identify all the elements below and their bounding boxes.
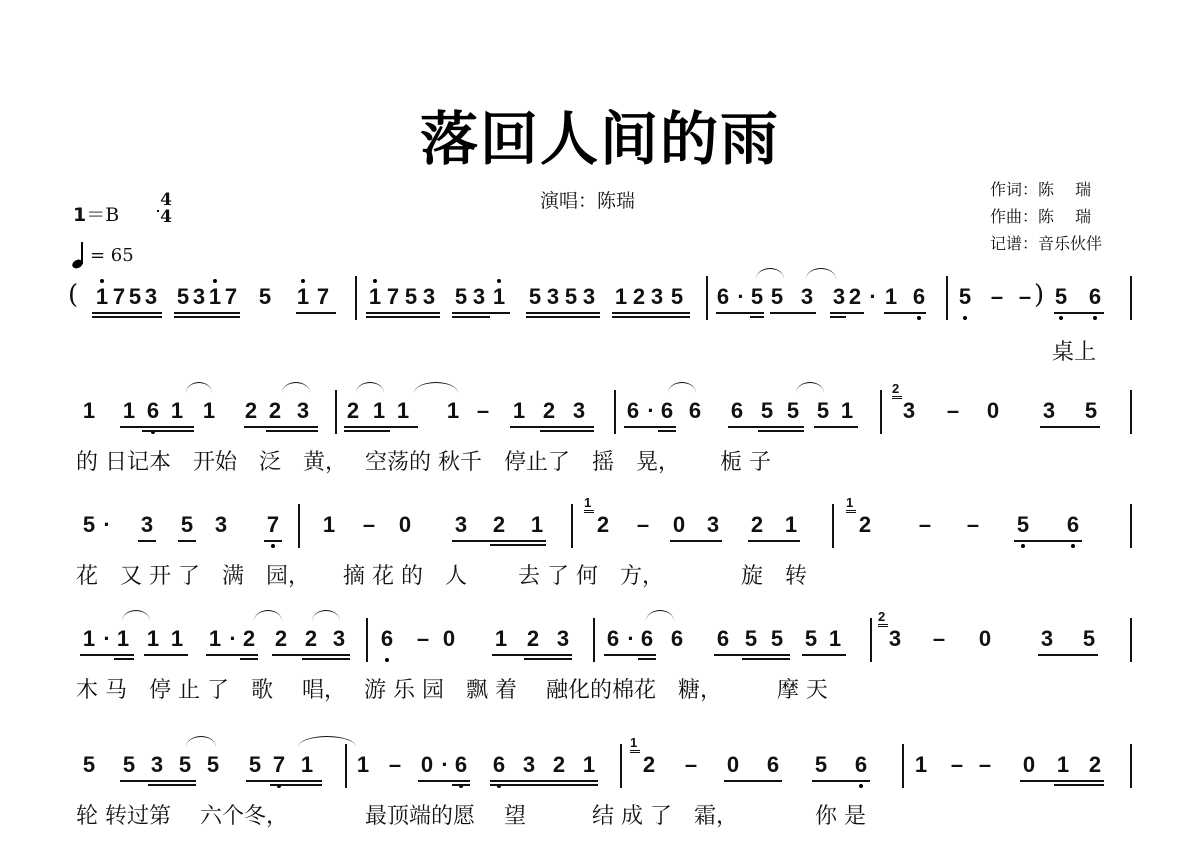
beam-underline (724, 780, 782, 782)
note: 2 (268, 398, 282, 424)
beam-underline (452, 784, 470, 786)
barline (571, 504, 573, 548)
grace-note-number: 2 (878, 610, 888, 623)
beam-underline (142, 430, 194, 432)
note: 3 (1040, 626, 1054, 652)
note: 5 (670, 284, 684, 310)
slur-tie (122, 610, 150, 621)
grace-note: 1 (584, 496, 594, 513)
octave-down-dot (271, 544, 275, 548)
note: 3 (332, 626, 346, 652)
beam-underline (812, 780, 870, 782)
note: 2 (642, 752, 656, 778)
note: 3 (150, 752, 164, 778)
note: 0 (726, 752, 740, 778)
note: 5 (804, 626, 818, 652)
note: 5 (180, 512, 194, 538)
note: 1 (914, 752, 928, 778)
note: 1 (208, 284, 222, 310)
sustain-dash: – (388, 752, 402, 778)
slur-tie (186, 382, 212, 393)
barline (902, 744, 904, 788)
beam-underline (638, 658, 656, 660)
note: 5 (786, 398, 800, 424)
note: 1 (492, 284, 506, 310)
slur-tie (806, 268, 836, 279)
note: 1 (614, 284, 628, 310)
grace-note: 2 (892, 382, 902, 399)
note: 3 (572, 398, 586, 424)
note: 1 (884, 284, 898, 310)
lyric-line: 木 马 停 止 了 歌 唱， 游 乐 园 飘 着 融化的棉花 糖， 摩 天 (76, 678, 828, 704)
note: 5 (178, 752, 192, 778)
augmentation-dot: · (100, 626, 114, 652)
barline (335, 390, 337, 434)
augmentation-dot: · (624, 626, 638, 652)
beam-underline (302, 658, 350, 660)
beam-underline (524, 658, 572, 660)
augmentation-dot: · (734, 284, 748, 310)
note: 3 (706, 512, 720, 538)
note: 2 (526, 626, 540, 652)
note: 1 (494, 626, 508, 652)
barline (298, 504, 300, 548)
augmentation-dot: · (100, 512, 114, 538)
lyric-line: 轮 转过第 六个冬， 最顶端的愿 望 结 成 了 霜， 你 是 (76, 804, 866, 830)
note: 1 (372, 398, 386, 424)
note: 0 (420, 752, 434, 778)
barline (880, 390, 882, 434)
barline (620, 744, 622, 788)
beam-underline (884, 312, 926, 314)
grace-beam (878, 626, 888, 627)
key-signature: 1＝B (73, 200, 119, 227)
page-title: 落回人间的雨 (0, 92, 1200, 176)
note: 5 (760, 398, 774, 424)
grace-beam (846, 510, 856, 511)
beam-underline (1014, 540, 1082, 542)
octave-up-dot (100, 279, 104, 283)
beam-underline (246, 780, 322, 782)
slur-tie (646, 610, 674, 621)
note: 5 (816, 398, 830, 424)
barline (1130, 390, 1132, 434)
note: 6 (716, 626, 730, 652)
note: 1 (1056, 752, 1070, 778)
slur-tie (254, 610, 282, 621)
note: 3 (582, 284, 596, 310)
note: 2 (858, 512, 872, 538)
beam-underline (612, 312, 690, 314)
note: 3 (140, 512, 154, 538)
lyricist-credit: 作词：陈 瑞 (990, 176, 1102, 203)
note: 6 (1066, 512, 1080, 538)
grace-beam (630, 752, 640, 753)
beam-underline (814, 426, 858, 428)
beam-underline (120, 426, 194, 428)
slur-tie (414, 382, 458, 393)
singer-credit: 演唱：陈瑞 (540, 186, 635, 213)
beam-underline (716, 312, 764, 314)
note: 6 (854, 752, 868, 778)
barline (1130, 504, 1132, 548)
barline (706, 276, 708, 320)
note: 6 (146, 398, 160, 424)
grace-note-number: 1 (846, 496, 856, 509)
slur-tie (668, 382, 696, 393)
note: 2 (750, 512, 764, 538)
beam-underline (658, 430, 676, 432)
note: 2 (274, 626, 288, 652)
beam-underline (92, 316, 162, 318)
beam-underline (418, 780, 470, 782)
key-tonic: 1 (73, 204, 86, 226)
slur-tie (186, 736, 216, 747)
beam-underline (1054, 784, 1104, 786)
note: 2 (542, 398, 556, 424)
note: 3 (144, 284, 158, 310)
repeat-paren-close: ) (1034, 280, 1044, 310)
note: 7 (266, 512, 280, 538)
note: 6 (606, 626, 620, 652)
octave-down-dot (1071, 544, 1075, 548)
note: 5 (258, 284, 272, 310)
repeat-paren-open: ( (68, 280, 78, 310)
note: 0 (986, 398, 1000, 424)
note: 2 (242, 626, 256, 652)
note: 5 (128, 284, 142, 310)
note: 6 (640, 626, 654, 652)
beam-underline (604, 654, 656, 656)
beam-underline (1038, 654, 1098, 656)
note: 2 (632, 284, 646, 310)
note: 3 (192, 284, 206, 310)
note: 5 (770, 284, 784, 310)
note: 7 (316, 284, 330, 310)
note: 1 (828, 626, 842, 652)
beam-underline (264, 540, 282, 542)
sustain-dash: – (966, 512, 980, 538)
beam-underline (1054, 312, 1104, 314)
note: 0 (1022, 752, 1036, 778)
note: 3 (800, 284, 814, 310)
note: 3 (650, 284, 664, 310)
slur-tie (756, 268, 784, 279)
note: 5 (744, 626, 758, 652)
note: 2 (552, 752, 566, 778)
barline (345, 744, 347, 788)
sustain-dash: – (476, 398, 490, 424)
sustain-dash: – (978, 752, 992, 778)
sustain-dash: – (636, 512, 650, 538)
beam-underline (206, 654, 258, 656)
octave-down-dot (385, 658, 389, 662)
beam-underline (526, 316, 600, 318)
sustain-dash: – (932, 626, 946, 652)
beam-underline (244, 426, 318, 428)
note: 5 (454, 284, 468, 310)
note: 1 (356, 752, 370, 778)
grace-beam (892, 398, 902, 399)
grace-beam (630, 750, 640, 751)
note: 5 (1084, 398, 1098, 424)
note: 2 (1088, 752, 1102, 778)
note: 5 (82, 752, 96, 778)
note: 6 (1088, 284, 1102, 310)
beam-underline (492, 654, 572, 656)
note: 7 (224, 284, 238, 310)
note: 1 (170, 398, 184, 424)
time-divider (157, 210, 159, 212)
barline (366, 618, 368, 662)
beam-underline (272, 654, 350, 656)
note: 1 (296, 284, 310, 310)
barline (1130, 744, 1132, 788)
note: 0 (672, 512, 686, 538)
beam-underline (830, 316, 846, 318)
grace-beam (892, 396, 902, 397)
octave-down-dot (917, 316, 921, 320)
note: 6 (660, 398, 674, 424)
barline (832, 504, 834, 548)
note: 1 (300, 752, 314, 778)
beam-underline (490, 544, 546, 546)
barline (614, 390, 616, 434)
beam-underline (80, 654, 134, 656)
barline (355, 276, 357, 320)
beam-underline (452, 316, 490, 318)
sustain-dash: – (946, 398, 960, 424)
octave-up-dot (301, 279, 305, 283)
beam-underline (540, 430, 594, 432)
sustain-dash: – (362, 512, 376, 538)
beam-underline (138, 540, 156, 542)
beam-underline (174, 312, 240, 314)
note: 3 (902, 398, 916, 424)
beam-underline (624, 426, 676, 428)
beam-underline (266, 430, 318, 432)
quarter-note-icon (72, 242, 84, 268)
note: 1 (322, 512, 336, 538)
augmentation-dot: · (866, 284, 880, 310)
beam-underline (750, 316, 764, 318)
note: 6 (492, 752, 506, 778)
note: 5 (1082, 626, 1096, 652)
note: 2 (596, 512, 610, 538)
note: 6 (730, 398, 744, 424)
note: 6 (766, 752, 780, 778)
sustain-dash: – (684, 752, 698, 778)
beam-underline (178, 540, 196, 542)
note: 6 (688, 398, 702, 424)
beam-underline (452, 312, 510, 314)
note: 1 (202, 398, 216, 424)
note: 1 (122, 398, 136, 424)
time-signature: 4 4 (157, 192, 175, 226)
note: 5 (564, 284, 578, 310)
time-denominator: 4 (157, 209, 175, 226)
augmentation-dot: · (226, 626, 240, 652)
augmentation-dot: · (644, 398, 658, 424)
note: 2 (346, 398, 360, 424)
key-name: ＝B (86, 204, 119, 226)
note: 3 (522, 752, 536, 778)
beam-underline (366, 316, 440, 318)
octave-up-dot (213, 279, 217, 283)
note: 2 (304, 626, 318, 652)
note: 3 (472, 284, 486, 310)
note: 0 (398, 512, 412, 538)
composer-credit: 作曲：陈 瑞 (990, 203, 1102, 230)
beam-underline (728, 426, 804, 428)
note: 1 (582, 752, 596, 778)
beam-underline (452, 540, 546, 542)
beam-underline (758, 430, 804, 432)
beam-underline (92, 312, 162, 314)
note: 5 (528, 284, 542, 310)
beam-underline (270, 784, 322, 786)
beam-underline (612, 316, 690, 318)
note: 5 (248, 752, 262, 778)
beam-underline (296, 312, 336, 314)
octave-down-dot (1059, 316, 1063, 320)
note: 6 (454, 752, 468, 778)
beam-underline (120, 780, 196, 782)
beam-underline (742, 658, 790, 660)
note: 1 (95, 284, 109, 310)
note: 2 (492, 512, 506, 538)
note: 3 (214, 512, 228, 538)
barline (1130, 276, 1132, 320)
note: 0 (442, 626, 456, 652)
note: 0 (978, 626, 992, 652)
beam-underline (802, 654, 846, 656)
sustain-dash: – (990, 284, 1004, 310)
note: 5 (404, 284, 418, 310)
beam-underline (714, 654, 790, 656)
beam-underline (748, 540, 800, 542)
grace-note-number: 1 (584, 496, 594, 509)
note: 1 (170, 626, 184, 652)
note: 6 (716, 284, 730, 310)
beam-underline (670, 540, 722, 542)
note: 1 (368, 284, 382, 310)
note: 5 (176, 284, 190, 310)
octave-up-dot (373, 279, 377, 283)
octave-down-dot (963, 316, 967, 320)
note: 7 (386, 284, 400, 310)
beam-underline (490, 784, 598, 786)
beam-underline (174, 316, 240, 318)
tempo-marking: = 65 (72, 242, 134, 268)
slur-tie (356, 382, 384, 393)
note: 1 (396, 398, 410, 424)
note: 1 (208, 626, 222, 652)
note: 2 (848, 284, 862, 310)
note: 1 (530, 512, 544, 538)
octave-down-dot (859, 784, 863, 788)
slur-tie (282, 382, 310, 393)
grace-beam (878, 624, 888, 625)
note: 1 (512, 398, 526, 424)
beam-underline (1020, 780, 1104, 782)
beam-underline (490, 780, 598, 782)
note: 3 (454, 512, 468, 538)
grace-note: 2 (878, 610, 888, 627)
note: 5 (770, 626, 784, 652)
note: 3 (832, 284, 846, 310)
beam-underline (344, 430, 390, 432)
grace-beam (584, 510, 594, 511)
beam-underline (510, 426, 594, 428)
lyric-line: 桌上 (1052, 340, 1096, 366)
beam-underline (526, 312, 600, 314)
credits-block: 作词：陈 瑞 作曲：陈 瑞 记谱：音乐伙伴 (990, 176, 1102, 257)
beam-underline (240, 658, 258, 660)
beam-underline (144, 654, 188, 656)
octave-up-dot (497, 279, 501, 283)
note: 1 (840, 398, 854, 424)
grace-beam (846, 512, 856, 513)
grace-note-number: 2 (892, 382, 902, 395)
note: 3 (888, 626, 902, 652)
lyric-line: 的 日记本 开始 泛 黄， 空荡的 秋千 停止了 摇 晃， 栀 子 (76, 450, 771, 476)
tempo-value: = 65 (90, 245, 134, 266)
beam-underline (1040, 426, 1100, 428)
sustain-dash: – (1018, 284, 1032, 310)
sustain-dash: – (416, 626, 430, 652)
note: 5 (82, 512, 96, 538)
beam-underline (830, 312, 864, 314)
grace-note: 1 (846, 496, 856, 513)
note: 3 (296, 398, 310, 424)
note: 3 (422, 284, 436, 310)
barline (946, 276, 948, 320)
grace-note: 1 (630, 736, 640, 753)
beam-underline (366, 312, 440, 314)
note: 3 (546, 284, 560, 310)
lyric-line: 花 又 开 了 满 园， 摘 花 的 人 去 了 何 方， 旋 转 (76, 564, 807, 590)
note: 5 (958, 284, 972, 310)
note: 5 (1054, 284, 1068, 310)
note: 5 (206, 752, 220, 778)
slur-tie (796, 382, 824, 393)
sustain-dash: – (950, 752, 964, 778)
note: 5 (1016, 512, 1030, 538)
beam-underline (148, 784, 196, 786)
note: 6 (670, 626, 684, 652)
note: 1 (116, 626, 130, 652)
note: 1 (784, 512, 798, 538)
beam-underline (114, 658, 134, 660)
note: 1 (82, 398, 96, 424)
beam-underline (770, 312, 816, 314)
slur-tie (312, 610, 340, 621)
note: 7 (112, 284, 126, 310)
note: 5 (122, 752, 136, 778)
note: 6 (912, 284, 926, 310)
note: 5 (750, 284, 764, 310)
augmentation-dot: · (438, 752, 452, 778)
grace-note-number: 1 (630, 736, 640, 749)
barline (593, 618, 595, 662)
grace-beam (584, 512, 594, 513)
octave-down-dot (1021, 544, 1025, 548)
transcriber-credit: 记谱：音乐伙伴 (990, 230, 1102, 257)
beam-underline (344, 426, 418, 428)
note: 3 (1042, 398, 1056, 424)
note: 1 (446, 398, 460, 424)
